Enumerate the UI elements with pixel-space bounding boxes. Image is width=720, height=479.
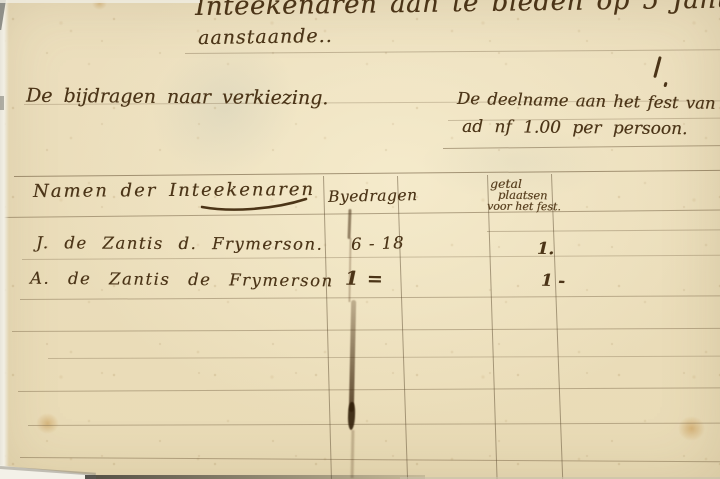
- ruled-line: [28, 423, 720, 426]
- ruled-line: [22, 255, 720, 260]
- ruled-line: [20, 295, 720, 300]
- ruled-line: [18, 387, 720, 392]
- row-getal-plaatsen: 1.: [537, 239, 555, 259]
- title-line-1: Inteekenaren aan te bieden op 5 Januari: [195, 0, 720, 22]
- table-col2-header: Byedragen: [328, 186, 418, 206]
- table-column-line: [323, 176, 332, 479]
- ruled-line: [487, 229, 720, 232]
- ruled-line: [20, 457, 720, 462]
- paper-edge-top: [0, 0, 200, 3]
- ink-mark-dot: [663, 82, 667, 87]
- table-column-line: [487, 175, 498, 479]
- right-note-line-2: ad nf 1.00 per persoon.: [462, 117, 688, 139]
- row-name: A. de Zantis de Frymerson: [30, 269, 334, 291]
- scanned-document-page: Inteekenaren aan te bieden op 5 Januari …: [0, 0, 720, 479]
- table-top-line: [14, 170, 720, 177]
- row-getal-plaatsen: 1 -: [541, 271, 566, 291]
- ink-mark: [653, 56, 661, 78]
- ruled-line: [48, 356, 720, 359]
- paper-edge-notch: [0, 96, 4, 110]
- table-header-bottom-line: [0, 209, 720, 218]
- ink-blot-tip: [348, 402, 356, 430]
- paper-stain: [36, 413, 59, 434]
- table-column-line: [551, 174, 563, 479]
- paper-edge-bottom-dark: [85, 475, 425, 479]
- left-note: De bijdragen naar verkiezing.: [26, 85, 329, 110]
- table-column-line: [397, 176, 408, 479]
- ink-smudge: [351, 430, 355, 478]
- table-col3-header-line3: voor het fest.: [487, 200, 561, 214]
- row-bijdragen: 6 - 18: [351, 233, 405, 254]
- title-line-2: aanstaande..: [198, 25, 333, 49]
- row-name: J. de Zantis d. Frymerson.: [36, 233, 323, 254]
- underline-flourish: [200, 196, 310, 212]
- right-note-line-1: De deelname aan het fest van 5 Janu: [457, 89, 720, 114]
- ruled-line: [12, 328, 720, 332]
- paper-stain: [678, 416, 705, 441]
- paper-edge-left: [0, 0, 9, 479]
